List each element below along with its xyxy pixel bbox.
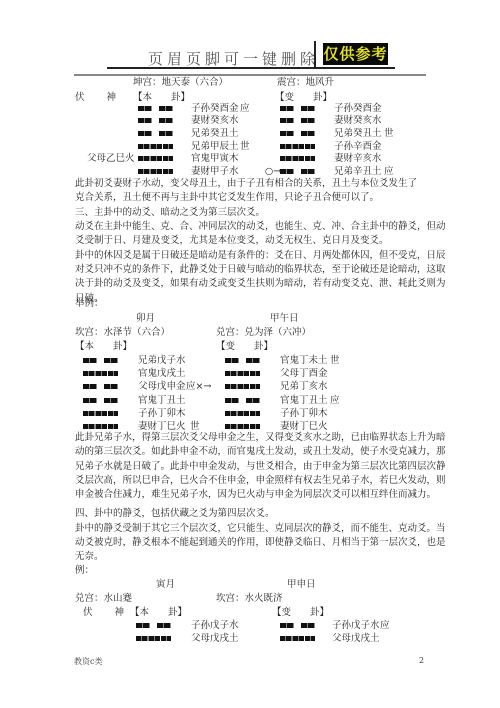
yin-segment	[301, 623, 315, 628]
ex2-right-palace: 兑宫：兑为泽（六冲）	[216, 326, 311, 340]
ex2-bian-yao-yang-line	[225, 411, 260, 416]
ex2-bian-yao-yang-line	[225, 384, 260, 389]
ex3-left-palace: 兑宫：水山蹇	[75, 592, 132, 606]
ex2-bian-yao-yang-line	[225, 424, 260, 429]
yin-segment	[280, 623, 294, 628]
page-number: 2	[419, 656, 424, 665]
yin-segment	[138, 118, 152, 123]
yang-line-icon	[83, 424, 118, 429]
header-rule-wide	[74, 74, 426, 76]
ex2-bian-line-label: 兄弟丁亥水	[280, 380, 328, 394]
ex1-fushen-value: 父母乙巳火	[87, 152, 135, 166]
yang-line-icon	[136, 636, 171, 641]
paragraph-line: 申金被合住减力，难生兄弟子水，因为巳火动与申金为同层次爻可以相互绊住而减力。	[75, 488, 436, 502]
yin-line-icon	[280, 118, 315, 123]
ex1-ben-yao-yin-line	[138, 118, 173, 123]
reference-badge: 仅供参考	[323, 43, 388, 65]
paragraph-line: 爻受制于日、月建及变爻，尤其是本位变爻，动爻无权生、克日月及变爻。	[75, 234, 389, 248]
yang-line-icon	[83, 411, 118, 416]
yin-segment	[301, 118, 315, 123]
ex1-bian-yao-yin-line	[280, 131, 315, 136]
example-label: 例：	[75, 564, 94, 578]
example-label: 举例：	[75, 297, 104, 311]
ex2-bian-line-label: 官鬼丁未土	[280, 354, 328, 368]
yin-segment	[246, 398, 260, 403]
ex2-bian-line-label: 子孙丁卯木	[280, 407, 328, 421]
ex3-ben-yao-yin-line	[136, 623, 171, 628]
yang-line-icon	[280, 156, 315, 161]
ex1-ben-label: 【本 卦】	[133, 91, 190, 105]
ex2-ben-yao-yang-line	[83, 371, 118, 376]
yin-segment	[280, 131, 294, 136]
footer-category: 教资c类	[74, 656, 102, 667]
yin-line-icon	[83, 384, 118, 389]
yin-segment	[104, 398, 118, 403]
paragraph-line: 无奈。	[75, 550, 104, 564]
yin-segment	[104, 384, 118, 389]
ex3-month: 寅月	[156, 578, 175, 592]
header-rule	[107, 67, 395, 69]
yang-line-icon	[280, 636, 315, 641]
ex1-bian-yao-yin-line	[280, 106, 315, 111]
yin-segment	[280, 118, 294, 123]
ex3-day: 甲申日	[287, 578, 316, 592]
yin-segment	[280, 106, 294, 111]
yin-line-icon	[225, 398, 260, 403]
yang-line-icon	[225, 411, 260, 416]
yin-segment	[301, 106, 315, 111]
ex2-bian-yao-yang-line	[225, 371, 260, 376]
ex1-ben-yao-yang-line	[138, 169, 173, 174]
yin-line-icon	[83, 358, 118, 363]
yin-line-icon	[225, 358, 260, 363]
ex3-ben-line-label: 父母戊戌土	[191, 632, 239, 646]
yang-line-icon	[83, 371, 118, 376]
paragraph-line: 克合关系，丑土便不再与主卦中其它爻发生作用，只论子丑合便可以了。	[75, 191, 379, 205]
ex3-fushen-label: 伏 神	[83, 606, 125, 620]
ex1-bian-yao-yin-line	[280, 169, 315, 174]
ex2-bian-line-mark: 世	[330, 354, 340, 368]
ex1-bian-label: 【变 卦】	[275, 91, 332, 105]
ex2-ben-line-label: 官鬼丁丑土	[138, 394, 186, 408]
yin-segment	[138, 131, 152, 136]
ex1-ben-line-mark: 世	[240, 140, 250, 154]
yin-line-icon	[138, 131, 173, 136]
ex1-ben-yao-yang-line	[138, 144, 173, 149]
ex2-bian-label: 【变 卦】	[216, 340, 273, 354]
paragraph-line: 卦中的休囚爻是属于日破还是暗动是有条件的：爻在日、月两处都休囚，但不受克，日辰	[75, 249, 446, 263]
ex3-ben-yao-yang-line	[136, 636, 171, 641]
yin-segment	[225, 398, 239, 403]
ex3-bian-line-mark: 应	[380, 619, 390, 633]
yin-segment	[83, 398, 97, 403]
ex2-ben-line-label: 官鬼戊戌土	[138, 367, 186, 381]
ex1-ben-yao-yin-line	[138, 106, 173, 111]
yin-segment	[159, 131, 173, 136]
ex1-fushen-label: 伏 神	[75, 91, 117, 105]
paragraph-line: 动爻被克时，静爻根本不能起到通关的作用，即使静爻临日、月相当于第一层次爻，也是	[75, 536, 446, 550]
ex2-ben-yao-yin-line	[83, 398, 118, 403]
yin-segment	[225, 358, 239, 363]
yin-segment	[159, 106, 173, 111]
yin-line-icon	[138, 106, 173, 111]
paragraph-line: 爻层次高，所以巳申合，巳火合不住申金，申金照样有权去生兄弟子水，若巳火发动，则	[75, 474, 446, 488]
paragraph-line: 卦中的静爻受制于其它三个层次爻，它只能生、克同层次的静爻，而不能生、克动爻。当	[75, 522, 446, 536]
paragraph-line: 兄弟子水就是日破了。此卦中申金发动，与世爻相合，由于申金为第三层次比第四层次静	[75, 460, 446, 474]
header-title: 页眉页脚可一键删除	[148, 48, 319, 69]
yin-segment	[246, 358, 260, 363]
header-divider	[314, 41, 316, 69]
yang-line-icon	[138, 156, 173, 161]
yin-segment	[301, 131, 315, 136]
paragraph-line: 决于卦的动爻及变爻，如果有动爻或变爻生扶则为暗动，若有动变爻克、泄、耗此爻则为	[75, 277, 446, 291]
yang-line-icon	[225, 371, 260, 376]
ex3-bian-line-label: 父母戊戌土	[332, 632, 380, 646]
paragraph-line: 此卦初爻妻财子水动，变父母丑土，由于子丑有相合的关系，丑土与本位爻发生了	[75, 177, 417, 191]
yin-segment	[83, 358, 97, 363]
yin-line-icon	[83, 398, 118, 403]
ex2-bian-line-mark: 应	[330, 394, 340, 408]
ex3-bian-yao-yin-line	[280, 623, 315, 628]
yin-line-icon	[136, 623, 171, 628]
ex1-bian-yao-yang-line	[280, 156, 315, 161]
paragraph-line: 动的第三层次爻。如此卦申金不动，而官鬼戌土发动，或丑土发动，使子水受克减力，那	[75, 445, 446, 459]
section-heading-3: 三、主卦中的动爻、暗动之爻为第三层次爻。	[75, 206, 265, 220]
ex1-left-palace: 坤宫：地天泰（六合）	[133, 76, 228, 90]
yin-line-icon	[280, 106, 315, 111]
ex3-bian-label: 【变 卦】	[272, 606, 329, 620]
ex1-right-palace: 震宫：地风升	[277, 76, 334, 90]
paragraph-line: 此卦兄弟子水，得第三层次爻父母申金之生，又得变爻亥水之助，已由临界状态上升为暗	[75, 431, 446, 445]
yang-line-icon	[225, 424, 260, 429]
ex2-month: 卯月	[136, 312, 155, 326]
yin-segment	[280, 169, 294, 174]
ex1-bian-yao-yang-line	[280, 144, 315, 149]
ex2-ben-yao-yin-line	[83, 384, 118, 389]
yang-line-icon	[280, 144, 315, 149]
paragraph-line: 动爻在主卦中能生、克、合、冲同层次的动爻，也能生、克、冲、合主卦中的静爻，但动	[75, 220, 446, 234]
yin-segment	[83, 384, 97, 389]
yin-line-icon	[280, 623, 315, 628]
ex2-ben-line-mark: 应×→	[186, 380, 211, 394]
ex2-left-palace: 坎宫：水泽节（六合）	[75, 326, 170, 340]
ex2-ben-yao-yang-line	[83, 411, 118, 416]
yin-segment	[138, 106, 152, 111]
ex2-bian-yao-yin-line	[225, 398, 260, 403]
yin-segment	[159, 118, 173, 123]
ex1-bian-yao-yin-line	[280, 118, 315, 123]
section-heading-4: 四、卦中的静爻，包括伏藏之爻为第四层次爻。	[75, 507, 275, 521]
yang-line-icon	[138, 169, 173, 174]
ex2-ben-line-label: 子孙丁卯木	[138, 407, 186, 421]
yin-segment	[301, 169, 315, 174]
ex3-bian-yao-yang-line	[280, 636, 315, 641]
ex1-ben-line-mark: 应	[240, 102, 250, 116]
ex1-ben-yao-yin-line	[138, 131, 173, 136]
ex2-ben-yao-yin-line	[83, 358, 118, 363]
yin-segment	[157, 623, 171, 628]
ex2-ben-yao-yang-line	[83, 424, 118, 429]
yin-line-icon	[280, 131, 315, 136]
yin-segment	[136, 623, 150, 628]
yin-line-icon	[280, 169, 315, 174]
yin-segment	[104, 358, 118, 363]
yin-line-icon	[138, 118, 173, 123]
ex3-ben-label: 【本 卦】	[130, 606, 187, 620]
ex2-bian-line-label: 官鬼丁丑土	[280, 394, 328, 408]
ex2-ben-line-label: 兄弟戊子水	[138, 354, 186, 368]
paragraph-line: 对爻只冲不克的条件下，此静爻处于日破与暗动的临界状态，至于论破还是论暗动，这取	[75, 263, 446, 277]
ex2-bian-yao-yin-line	[225, 358, 260, 363]
ex3-right-palace: 坎宫：水火既济	[216, 592, 283, 606]
yang-line-icon	[138, 144, 173, 149]
ex2-ben-line-label: 父母戊申金	[138, 380, 186, 394]
ex2-ben-label: 【本 卦】	[75, 340, 132, 354]
ex1-ben-yao-yang-line	[138, 156, 173, 161]
ex1-bian-line-mark: 世	[384, 127, 394, 141]
yang-line-icon	[225, 384, 260, 389]
ex2-day: 甲午日	[270, 312, 299, 326]
ex2-bian-line-label: 父母丁酉金	[280, 367, 328, 381]
